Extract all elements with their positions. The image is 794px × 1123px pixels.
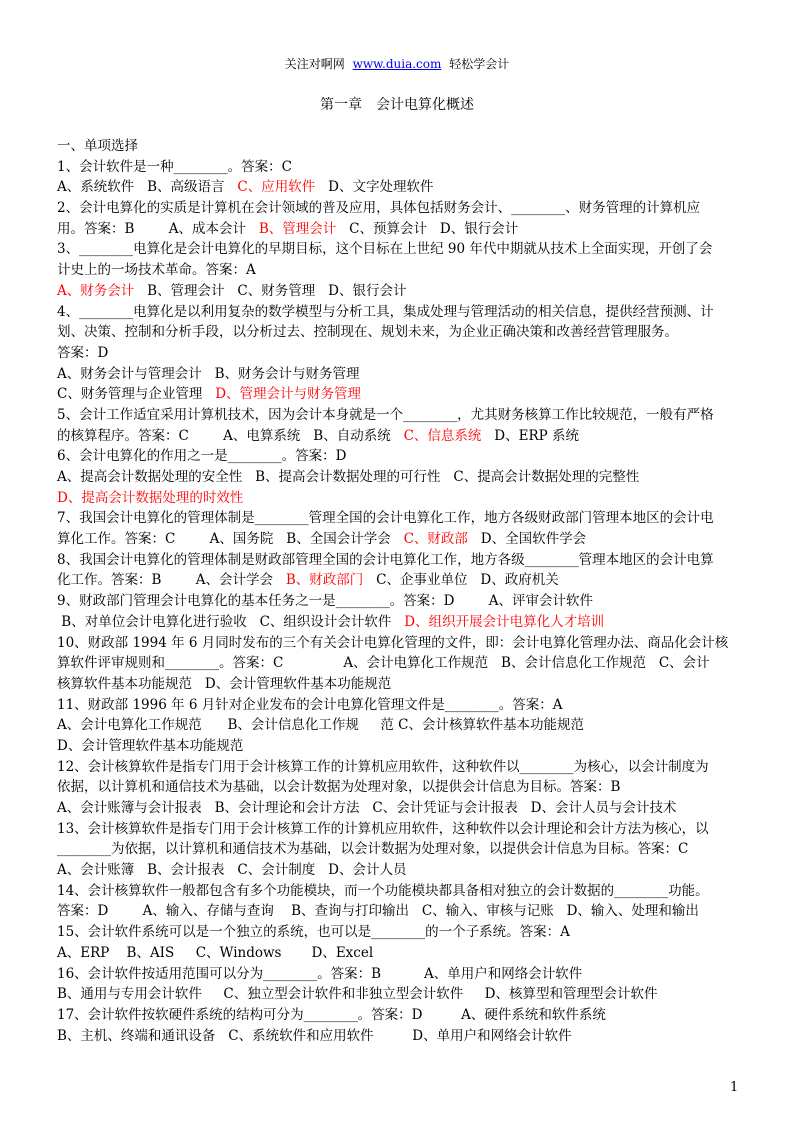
text-line: 答案：D A、输入、存储与查询 B、查询与打印输出 C、输入、审核与记账 D、输… bbox=[57, 901, 747, 922]
text-line: 7、我国会计电算化的管理体制是________管理全国的会计电算化工作，地方各级… bbox=[57, 508, 747, 529]
correct-answer-option: C、财政部 bbox=[404, 531, 468, 547]
duia-link[interactable]: www.duia.com bbox=[353, 57, 442, 71]
text-segment: 10、财政部 1994 年 6 月同时发布的三个有关会计电算化管理的文件，即：会… bbox=[57, 635, 728, 651]
text-line: 算软件评审规则和________。答案：C A、会计电算化工作规范 B、会计信息… bbox=[57, 653, 747, 674]
text-line: A、ERP B、AIS C、Windows D、Excel bbox=[57, 943, 747, 964]
text-line: 9、财政部门管理会计电算化的基本任务之一是________。答案：D A、评审会… bbox=[57, 591, 747, 612]
text-line: A、会计账簿 B、会计报表 C、会计制度 D、会计人员 bbox=[57, 860, 747, 881]
text-line: 计史上的一场技术革命。答案：A bbox=[57, 260, 747, 281]
text-line: 核算软件基本功能规范 D、会计管理软件基本功能规范 bbox=[57, 674, 747, 695]
text-segment: 6、会计电算化的作用之一是________。答案：D bbox=[57, 448, 346, 464]
text-segment: A、ERP B、AIS C、Windows D、Excel bbox=[57, 945, 373, 961]
text-segment: 依据，以计算机和通信技术为基础，以会计数据为处理对象，以提供会计信息为目标。答案… bbox=[57, 779, 620, 795]
text-segment: A、会计账簿 B、会计报表 C、会计制度 D、会计人员 bbox=[57, 862, 406, 878]
text-segment: B、主机、终端和通讯设备 C、系统软件和应用软件 D、单用户和网络会计软件 bbox=[57, 1028, 572, 1044]
header-prefix: 关注对啊网 bbox=[285, 57, 345, 71]
text-segment: 核算软件基本功能规范 D、会计管理软件基本功能规范 bbox=[57, 676, 391, 692]
text-segment: 14、会计核算软件一般都包含有多个功能模块，而一个功能模块都具备相对独立的会计数… bbox=[57, 883, 709, 899]
text-segment: A、系统软件 B、高级语言 bbox=[57, 179, 237, 195]
document-body: 一、单项选择 1、会计软件是一种________。答案：CA、系统软件 B、高级… bbox=[57, 136, 747, 1046]
correct-answer-option: A、财务会计 bbox=[57, 283, 134, 299]
text-segment: 17、会计软件按软硬件系统的结构可分为________。答案：D A、硬件系统和… bbox=[57, 1007, 606, 1023]
text-segment: 化工作。答案：B A、会计学会 bbox=[57, 572, 286, 588]
text-line: 10、财政部 1994 年 6 月同时发布的三个有关会计电算化管理的文件，即：会… bbox=[57, 633, 747, 654]
text-line: 8、我国会计电算化的管理体制是财政部管理全国的会计电算化工作，地方各级_____… bbox=[57, 550, 747, 571]
text-segment: A、提高会计数据处理的安全性 B、提高会计数据处理的可行性 C、提高会计数据处理… bbox=[57, 469, 639, 485]
header-suffix: 轻松学会计 bbox=[449, 57, 509, 71]
text-segment: 3、________电算化是会计电算化的早期目标，这个目标在上世纪 90 年代中… bbox=[57, 241, 712, 257]
text-segment: 划、决策、控制和分析手段，以分析过去、控制现在、规划未来，为企业正确决策和改善经… bbox=[57, 324, 678, 340]
text-line: A、会计账簿与会计报表 B、会计理论和会计方法 C、会计凭证与会计报表 D、会计… bbox=[57, 798, 747, 819]
text-line: A、会计电算化工作规范 B、会计信息化工作规 范 C、会计核算软件基本功能规范 bbox=[57, 715, 747, 736]
text-line: A、系统软件 B、高级语言 C、应用软件 D、文字处理软件 bbox=[57, 177, 747, 198]
text-line: 4、________电算化是以利用复杂的数学模型与分析工具，集成处理与管理活动的… bbox=[57, 302, 747, 323]
text-line: 17、会计软件按软硬件系统的结构可分为________。答案：D A、硬件系统和… bbox=[57, 1005, 747, 1026]
text-line: 化工作。答案：B A、会计学会 B、财政部门 C、企事业单位 D、政府机关 bbox=[57, 570, 747, 591]
text-segment: 算软件评审规则和________。答案：C A、会计电算化工作规范 B、会计信息… bbox=[57, 655, 710, 671]
text-line: 1、会计软件是一种________。答案：C bbox=[57, 157, 747, 178]
text-line: A、提高会计数据处理的安全性 B、提高会计数据处理的可行性 C、提高会计数据处理… bbox=[57, 467, 747, 488]
text-line: B、通用与专用会计软件 C、独立型会计软件和非独立型会计软件 D、核算型和管理型… bbox=[57, 984, 747, 1005]
text-segment: 计史上的一场技术革命。答案：A bbox=[57, 262, 256, 278]
text-line: 16、会计软件按适用范围可以分为________。答案：B A、单用户和网络会计… bbox=[57, 964, 747, 985]
text-line: ________为依据，以计算机和通信技术为基础，以会计数据为处理对象，以提供会… bbox=[57, 839, 747, 860]
text-line: A、财务会计 B、管理会计 C、财务管理 D、银行会计 bbox=[57, 281, 747, 302]
text-line: B、对单位会计电算化进行验收 C、组织设计会计软件 D、组织开展会计电算化人才培… bbox=[57, 612, 747, 633]
text-segment: 11、财政部 1996 年 6 月针对企业发布的会计电算化管理文件是______… bbox=[57, 697, 563, 713]
text-segment: 16、会计软件按适用范围可以分为________。答案：B A、单用户和网络会计… bbox=[57, 966, 582, 982]
text-segment: D、会计管理软件基本功能规范 bbox=[57, 738, 243, 754]
text-line: D、会计管理软件基本功能规范 bbox=[57, 736, 747, 757]
text-line: 6、会计电算化的作用之一是________。答案：D bbox=[57, 446, 747, 467]
text-segment: B、通用与专用会计软件 C、独立型会计软件和非独立型会计软件 D、核算型和管理型… bbox=[57, 986, 658, 1002]
text-line: A、财务会计与管理会计 B、财务会计与财务管理 bbox=[57, 364, 747, 385]
text-segment: B、管理会计 C、财务管理 D、银行会计 bbox=[134, 283, 406, 299]
text-line: D、提高会计数据处理的时效性 bbox=[57, 488, 747, 509]
chapter-title: 第一章 会计电算化概述 bbox=[0, 96, 794, 114]
correct-answer-option: D、提高会计数据处理的时效性 bbox=[57, 490, 243, 506]
text-line: 15、会计软件系统可以是一个独立的系统，也可以是________的一个子系统。答… bbox=[57, 922, 747, 943]
text-segment: D、全国软件学会 bbox=[468, 531, 586, 547]
text-line: 依据，以计算机和通信技术为基础，以会计数据为处理对象，以提供会计信息为目标。答案… bbox=[57, 777, 747, 798]
text-segment: A、会计账簿与会计报表 B、会计理论和会计方法 C、会计凭证与会计报表 D、会计… bbox=[57, 800, 676, 816]
text-line: 11、财政部 1996 年 6 月针对企业发布的会计电算化管理文件是______… bbox=[57, 695, 747, 716]
text-segment: D、ERP 系统 bbox=[481, 428, 579, 444]
text-segment: C、企事业单位 D、政府机关 bbox=[363, 572, 558, 588]
text-segment: 的核算程序。答案：C A、电算系统 B、自动系统 bbox=[57, 428, 404, 444]
text-line: 14、会计核算软件一般都包含有多个功能模块，而一个功能模块都具备相对独立的会计数… bbox=[57, 881, 747, 902]
text-segment: C、财务管理与企业管理 bbox=[57, 386, 215, 402]
text-segment: 15、会计软件系统可以是一个独立的系统，也可以是________的一个子系统。答… bbox=[57, 924, 570, 940]
correct-answer-option: B、管理会计 bbox=[259, 221, 336, 237]
text-segment: B、对单位会计电算化进行验收 C、组织设计会计软件 bbox=[57, 614, 404, 630]
correct-answer-option: C、信息系统 bbox=[404, 428, 482, 444]
text-line: 3、________电算化是会计电算化的早期目标，这个目标在上世纪 90 年代中… bbox=[57, 239, 747, 260]
text-segment: 7、我国会计电算化的管理体制是________管理全国的会计电算化工作，地方各级… bbox=[57, 510, 714, 526]
text-line: 13、会计核算软件是指专门用于会计核算工作的计算机应用软件，这种软件以会计理论和… bbox=[57, 819, 747, 840]
text-line: 用。答案：B A、成本会计 B、管理会计 C、预算会计 D、银行会计 bbox=[57, 219, 747, 240]
text-segment: A、财务会计与管理会计 B、财务会计与财务管理 bbox=[57, 366, 360, 382]
text-segment: 12、会计核算软件是指专门用于会计核算工作的计算机应用软件，这种软件以_____… bbox=[57, 759, 709, 775]
text-segment: ________为依据，以计算机和通信技术为基础，以会计数据为处理对象，以提供会… bbox=[57, 841, 688, 857]
page-header: 关注对啊网 www.duia.com 轻松学会计 bbox=[0, 56, 794, 72]
text-line: 答案：D bbox=[57, 343, 747, 364]
text-segment: D、文字处理软件 bbox=[315, 179, 433, 195]
text-segment: 4、________电算化是以利用复杂的数学模型与分析工具，集成处理与管理活动的… bbox=[57, 304, 714, 320]
text-line: 划、决策、控制和分析手段，以分析过去、控制现在、规划未来，为企业正确决策和改善经… bbox=[57, 322, 747, 343]
text-segment: 算化工作。答案：C A、国务院 B、全国会计学会 bbox=[57, 531, 404, 547]
text-segment: 答案：D A、输入、存储与查询 B、查询与打印输出 C、输入、审核与记账 D、输… bbox=[57, 903, 699, 919]
section-heading: 一、单项选择 bbox=[57, 136, 747, 157]
text-segment: 13、会计核算软件是指专门用于会计核算工作的计算机应用软件，这种软件以会计理论和… bbox=[57, 821, 709, 837]
text-line: 2、会计电算化的实质是计算机在会计领域的普及应用，具体包括财务会计、______… bbox=[57, 198, 747, 219]
page-number: 1 bbox=[730, 1080, 738, 1095]
text-segment: C、预算会计 D、银行会计 bbox=[336, 221, 518, 237]
text-segment: 9、财政部门管理会计电算化的基本任务之一是________。答案：D A、评审会… bbox=[57, 593, 593, 609]
text-segment: 用。答案：B A、成本会计 bbox=[57, 221, 259, 237]
text-segment: A、会计电算化工作规范 B、会计信息化工作规 范 C、会计核算软件基本功能规范 bbox=[57, 717, 584, 733]
correct-answer-option: D、管理会计与财务管理 bbox=[215, 386, 361, 402]
text-line: 算化工作。答案：C A、国务院 B、全国会计学会 C、财政部 D、全国软件学会 bbox=[57, 529, 747, 550]
text-line: B、主机、终端和通讯设备 C、系统软件和应用软件 D、单用户和网络会计软件 bbox=[57, 1026, 747, 1047]
question-lines: 1、会计软件是一种________。答案：CA、系统软件 B、高级语言 C、应用… bbox=[57, 157, 747, 1047]
text-line: C、财务管理与企业管理 D、管理会计与财务管理 bbox=[57, 384, 747, 405]
text-line: 5、会计工作适宜采用计算机技术，因为会计本身就是一个________，尤其财务核… bbox=[57, 405, 747, 426]
text-segment: 8、我国会计电算化的管理体制是财政部管理全国的会计电算化工作，地方各级_____… bbox=[57, 552, 714, 568]
text-segment: 5、会计工作适宜采用计算机技术，因为会计本身就是一个________，尤其财务核… bbox=[57, 407, 714, 423]
correct-answer-option: C、应用软件 bbox=[237, 179, 315, 195]
text-segment: 1、会计软件是一种________。答案：C bbox=[57, 159, 292, 175]
text-line: 的核算程序。答案：C A、电算系统 B、自动系统 C、信息系统 D、ERP 系统 bbox=[57, 426, 747, 447]
correct-answer-option: D、组织开展会计电算化人才培训 bbox=[404, 614, 604, 630]
correct-answer-option: B、财政部门 bbox=[286, 572, 363, 588]
text-segment: 2、会计电算化的实质是计算机在会计领域的普及应用，具体包括财务会计、______… bbox=[57, 200, 700, 216]
text-line: 12、会计核算软件是指专门用于会计核算工作的计算机应用软件，这种软件以_____… bbox=[57, 757, 747, 778]
text-segment: 答案：D bbox=[57, 345, 108, 361]
